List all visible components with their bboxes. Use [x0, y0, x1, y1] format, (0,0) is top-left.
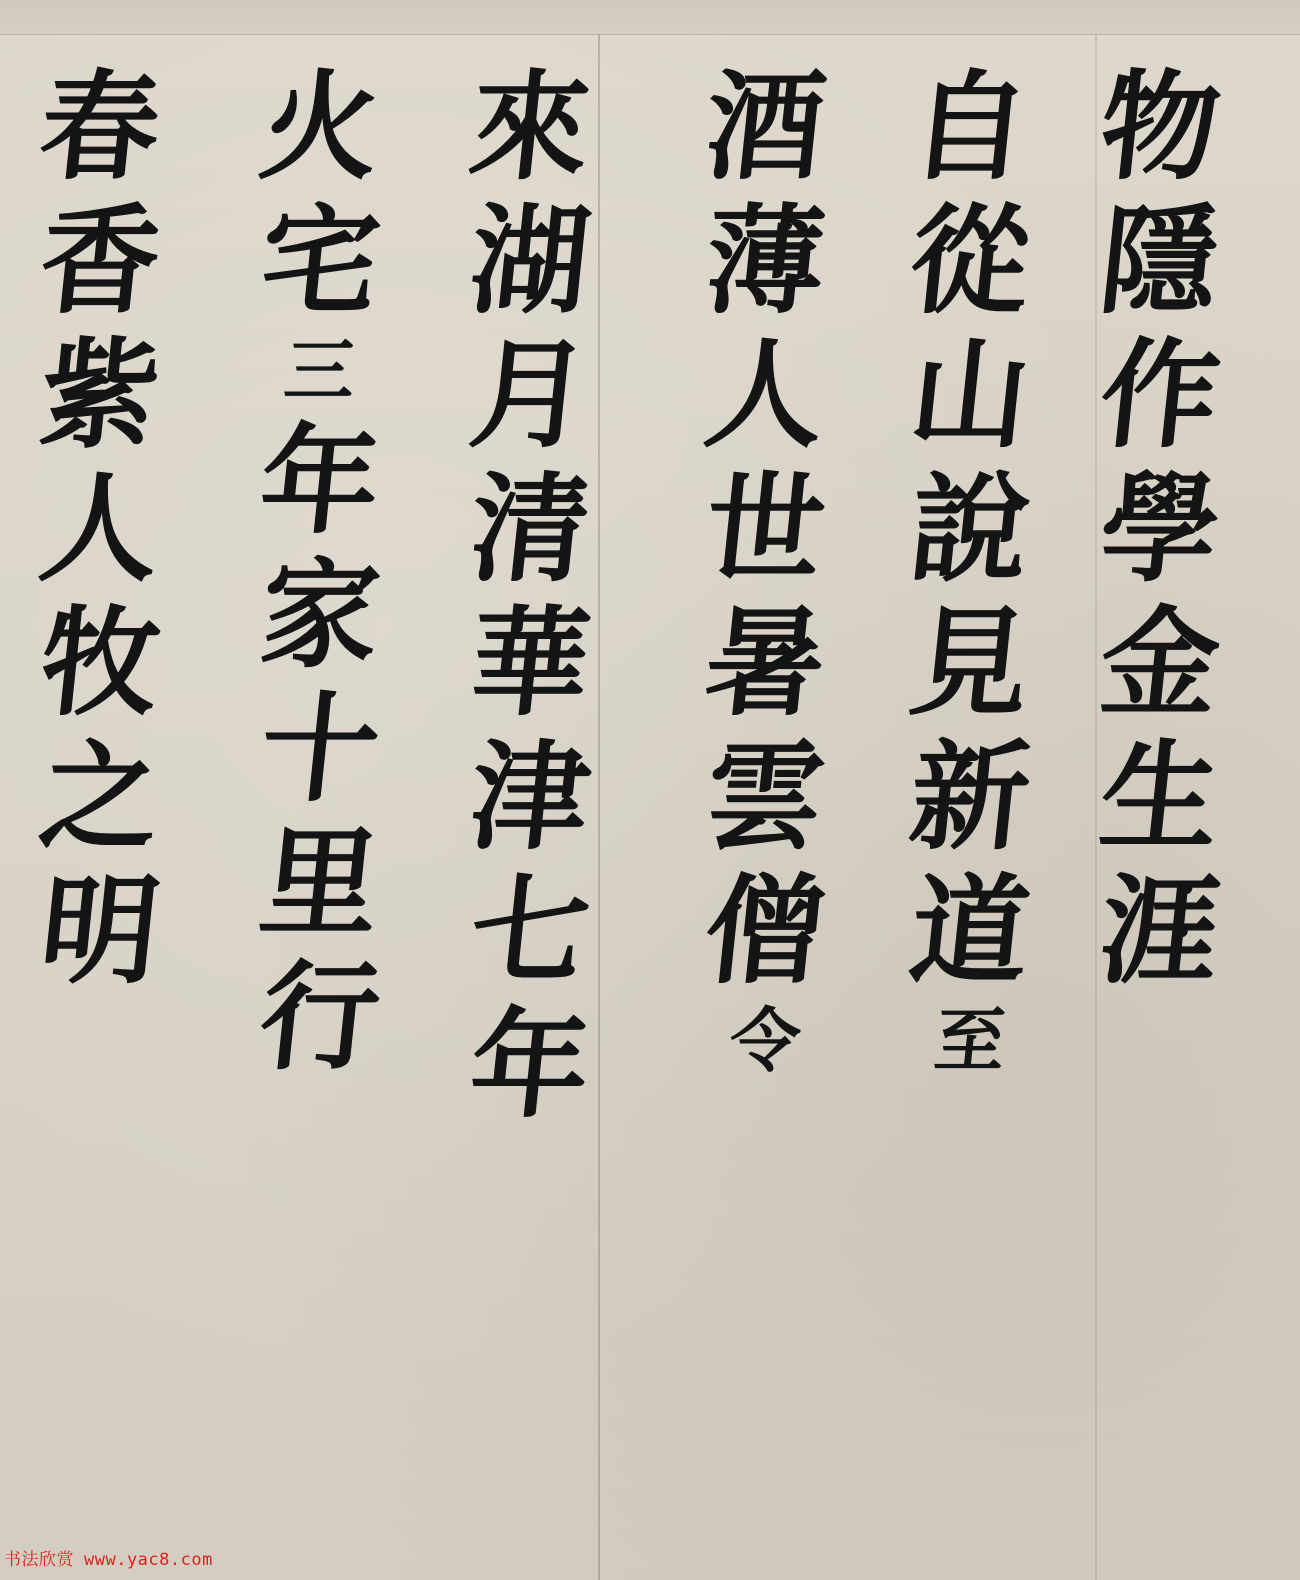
- character: 隱: [1095, 202, 1225, 320]
- character: 從: [905, 202, 1035, 320]
- character: 見: [905, 604, 1035, 722]
- watermark-url[interactable]: www.yac8.com: [84, 1550, 213, 1570]
- character: 三: [281, 336, 358, 406]
- character: 山: [905, 336, 1035, 454]
- calligraphy-column-2: 自 從 山 說 見 新 道 至: [895, 60, 1045, 1084]
- character: 月: [465, 336, 595, 454]
- character: 年: [465, 1006, 595, 1124]
- character: 說: [905, 470, 1035, 588]
- character: 宅: [255, 202, 385, 320]
- character: 之: [35, 738, 165, 856]
- character: 香: [35, 202, 165, 320]
- calligraphy-column-1: 物 隱 作 學 金 生 涯: [1085, 60, 1235, 998]
- character: 道: [905, 872, 1035, 990]
- character: 酒: [700, 68, 830, 186]
- character: 里: [255, 824, 385, 942]
- character: 湖: [465, 202, 595, 320]
- character: 火: [255, 68, 385, 186]
- watermark-text: 书法欣赏: [4, 1550, 74, 1570]
- character: 雲: [700, 738, 830, 856]
- character: 生: [1095, 738, 1225, 856]
- character: 薄: [700, 202, 830, 320]
- mounting-border: [0, 0, 1300, 35]
- character: 人: [35, 470, 165, 588]
- character: 清: [465, 470, 595, 588]
- character: 涯: [1095, 872, 1225, 990]
- character: 七: [465, 872, 595, 990]
- calligraphy-column-5: 火 宅 三 年 家 十 里 行: [245, 60, 395, 1084]
- character: 家: [255, 556, 385, 674]
- character: 明: [35, 872, 165, 990]
- character: 來: [465, 68, 595, 186]
- character: 春: [35, 68, 165, 186]
- character: 自: [905, 68, 1035, 186]
- character: 僧: [700, 872, 830, 990]
- calligraphy-column-3: 酒 薄 人 世 暑 雲 僧 令: [690, 60, 840, 1084]
- calligraphy-column-6: 春 香 紫 人 牧 之 明: [25, 60, 175, 998]
- character: 人: [700, 336, 830, 454]
- character: 十: [255, 690, 385, 808]
- character: 作: [1095, 336, 1225, 454]
- character: 學: [1095, 470, 1225, 588]
- character: 行: [255, 958, 385, 1076]
- character: 年: [255, 422, 385, 540]
- character: 新: [905, 738, 1035, 856]
- character: 物: [1095, 68, 1225, 186]
- character: 華: [465, 604, 595, 722]
- character: 紫: [35, 336, 165, 454]
- character: 令: [726, 1006, 803, 1076]
- character: 至: [931, 1006, 1008, 1076]
- character: 牧: [35, 604, 165, 722]
- character: 金: [1095, 604, 1225, 722]
- character: 暑: [700, 604, 830, 722]
- watermark: 书法欣赏www.yac8.com: [4, 1545, 213, 1570]
- character: 津: [465, 738, 595, 856]
- calligraphy-column-4: 來 湖 月 清 華 津 七 年: [455, 60, 605, 1132]
- character: 世: [700, 470, 830, 588]
